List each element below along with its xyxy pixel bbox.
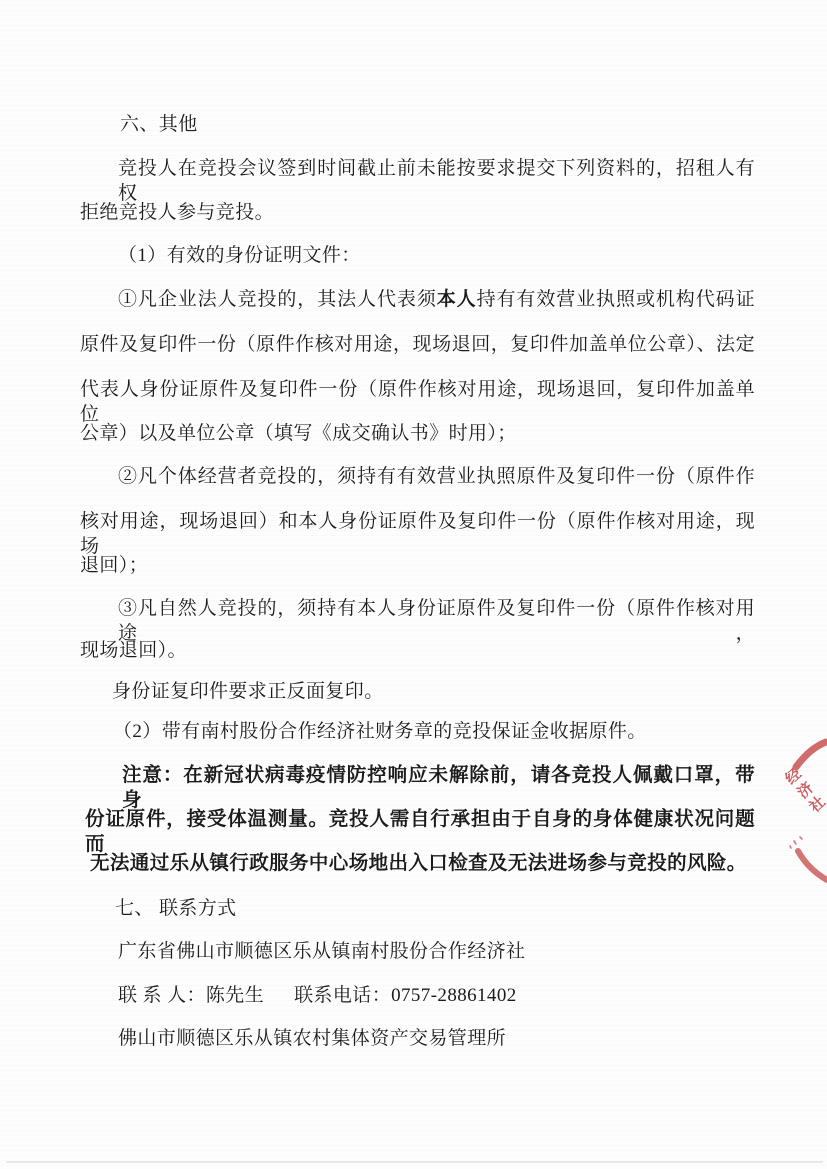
item-1-sub-2-line-3: 退回）； — [80, 553, 755, 578]
item-1-sub-2-line-1: ②凡个体经营者竞投的，须持有有效营业执照原件及复印件一份（原件作 — [80, 464, 755, 489]
scanned-document-page: 六、其他 竞投人在竞投会议签到时间截止前未能按要求提交下列资料的，招租人有权 拒… — [0, 0, 827, 1169]
section-contact-heading: 七、 联系方式 — [80, 896, 755, 921]
item-1-heading: （1）有效的身份证明文件： — [80, 243, 755, 268]
item-1-sub-1-line-2: 原件及复印件一份（原件作核对用途，现场退回，复印件加盖单位公章）、法定 — [80, 332, 755, 357]
item-1-sub-1-line-1: ①凡企业法人竞投的，其法人代表须本人持有有效营业执照或机构代码证 — [80, 287, 755, 312]
id-copy-note: 身份证复印件要求正反面复印。 — [80, 679, 755, 704]
seal-top-arc — [796, 742, 826, 767]
item-1-sub-1-line-4: 公章）以及单位公章（填写《成交确认书》时用）； — [80, 421, 755, 446]
contact-person: 联 系 人：陈先生 — [118, 985, 264, 1006]
red-seal-stamp: 经 济 社 — [777, 733, 827, 893]
sub-1-line-1-prefix: ①凡企业法人竞投的，其法人代表须 — [118, 289, 437, 310]
seal-bottom-arc — [798, 851, 827, 880]
item-1-sub-3-line-2: 现场退回）。 — [80, 638, 755, 663]
intro-line-2: 拒绝竞投人参与竞投。 — [80, 200, 755, 225]
item-1-sub-2-line-2: 核对用途，现场退回）和本人身份证原件及复印件一份（原件作核对用途，现场 — [80, 509, 755, 559]
contact-phone: 联系电话：0757-28861402 — [294, 985, 517, 1006]
section-other-heading: 六、其他 — [80, 112, 755, 137]
scan-bottom-edge — [6, 1161, 823, 1163]
item-2-heading: （2）带有南村股份合作经济社财务章的竞投保证金收据原件。 — [80, 719, 755, 744]
notice-line-1: 注意：在新冠状病毒疫情防控响应未解除前，请各竞投人佩戴口罩，带身 — [80, 763, 755, 813]
seal-speckles — [790, 837, 802, 848]
notice-line-2: 份证原件，接受体温测量。竞投人需自行承担由于自身的身体健康状况问题而 — [80, 807, 755, 857]
item-1-sub-1-line-3: 代表人身份证原件及复印件一份（原件作核对用途，现场退回，复印件加盖单位 — [80, 377, 755, 427]
contact-person-phone-line: 联 系 人：陈先生联系电话：0757-28861402 — [80, 983, 755, 1008]
contact-org-line: 广东省佛山市顺德区乐从镇南村股份合作经济社 — [80, 939, 755, 964]
contact-org2-line: 佛山市顺德区乐从镇农村集体资产交易管理所 — [80, 1026, 755, 1051]
sub-1-line-1-suffix: 持有有效营业执照或机构代码证 — [477, 289, 755, 310]
notice-line-3: 无法通过乐从镇行政服务中心场地出入口检查及无法进场参与竞投的风险。 — [80, 851, 755, 876]
intro-line-1: 竞投人在竞投会议签到时间截止前未能按要求提交下列资料的，招租人有权 — [80, 156, 755, 206]
sub-1-line-1-bold: 本人 — [437, 289, 477, 310]
